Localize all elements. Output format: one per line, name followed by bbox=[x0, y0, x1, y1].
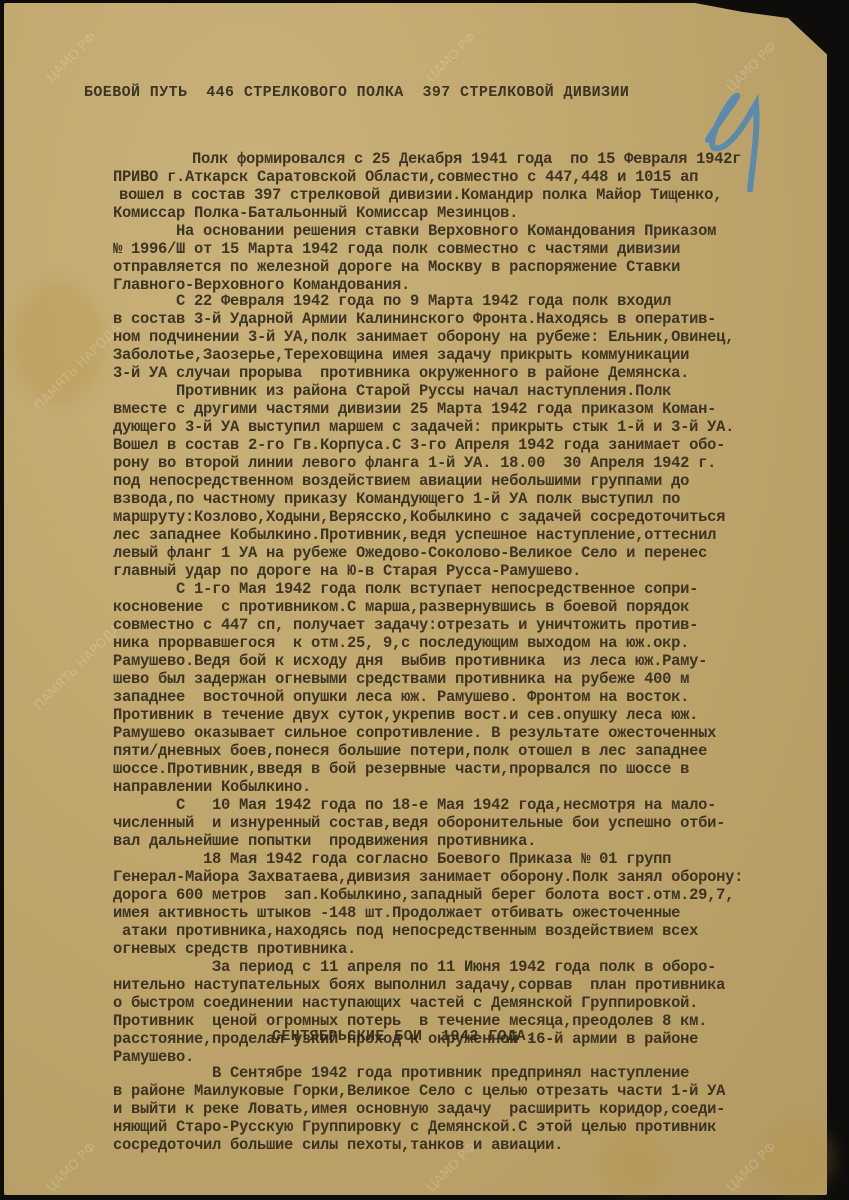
text-line: лес западнее Кобылкино.Противник,ведя ус… bbox=[113, 526, 716, 544]
text-line: ПРИВО г.Аткарск Саратовской Области,совм… bbox=[113, 168, 698, 186]
document-title: БОЕВОЙ ПУТЬ 446 СТРЕЛКОВОГО ПОЛКА 397 СТ… bbox=[84, 84, 629, 101]
text-line: рону во второй линии левого фланга 1-й У… bbox=[113, 454, 716, 472]
text-line: маршруту:Козлово,Ходыни,Верясско,Кобылки… bbox=[113, 508, 725, 526]
text-line: имея активность штыков -148 шт.Продолжае… bbox=[113, 904, 680, 922]
text-line: С 10 Мая 1942 года по 18-е Мая 1942 года… bbox=[113, 796, 716, 814]
text-line: нительно наступательных боях выполнил за… bbox=[113, 976, 725, 994]
text-line: Комиссар Полка-Батальонный Комиссар Мези… bbox=[113, 204, 518, 222]
text-line: ном подчинении 3-й УА,полк занимает обор… bbox=[113, 328, 734, 346]
text-line: западнее восточной опушки леса юж. Рамуш… bbox=[113, 688, 689, 706]
text-line: 18 Мая 1942 года согласно Боевого Приказ… bbox=[113, 850, 671, 868]
stain bbox=[764, 1123, 834, 1193]
text-line: вал дальнейшие попытки продвижения проти… bbox=[113, 832, 536, 850]
text-line: Рамушево.Ведя бой к исходу дня выбив про… bbox=[113, 652, 707, 670]
text-line: 3-й УА случаи прорыва противника окружен… bbox=[113, 364, 689, 382]
text-line: косновение с противником.С марша,разверн… bbox=[113, 598, 689, 616]
text-line: под непосредственном воздействием авиаци… bbox=[113, 472, 689, 490]
text-line: Противник из района Старой Руссы начал н… bbox=[113, 382, 671, 400]
text-line: о быстром соединении наступающих частей … bbox=[113, 994, 698, 1012]
text-line: № 1996/Ш от 15 Марта 1942 года полк совм… bbox=[113, 240, 680, 258]
text-line: отправляется по железной дороге на Москв… bbox=[113, 258, 680, 276]
text-line: Противник в течение двух суток,укрепив в… bbox=[113, 706, 698, 724]
text-line: пяти/дневных боев,понеся большие потери,… bbox=[113, 742, 707, 760]
text-line: вошел в состав 397 стрелковой дивизии.Ко… bbox=[110, 186, 722, 204]
text-line: сосредоточил большие силы пехоты,танков … bbox=[113, 1136, 563, 1154]
text-line: в состав 3-й Ударной Армии Калининского … bbox=[113, 310, 716, 328]
text-line: огневых средств противника. bbox=[113, 940, 356, 958]
text-line: С 22 Февраля 1942 года по 9 Марта 1942 г… bbox=[113, 292, 671, 310]
text-line: в районе Маилуковые Горки,Великое Село с… bbox=[113, 1082, 725, 1100]
text-line: За период с 11 апреля по 11 Июня 1942 го… bbox=[113, 958, 716, 976]
handwritten-page-number-icon bbox=[698, 82, 788, 192]
text-line: Полк формировался с 25 Декабря 1941 года… bbox=[120, 150, 741, 168]
text-line: численный и изнуренный состав,ведя оборо… bbox=[113, 814, 725, 832]
text-line: Вошел в состав 2-го Гв.Корпуса.С 3-го Ап… bbox=[113, 436, 725, 454]
section-heading: СЕНТЯБРЬСКИЕ БОИ 1942 ГОДА. bbox=[272, 1028, 535, 1045]
text-line: Рамушево оказывает сильное сопротивление… bbox=[113, 724, 716, 742]
text-line: атаки противника,находясь под непосредст… bbox=[113, 922, 698, 940]
text-line: шево был задержан огневыми средствами пр… bbox=[113, 670, 689, 688]
text-line: В Сентябре 1942 года противник предприня… bbox=[113, 1064, 689, 1082]
text-line: Генерал-Майора Захватаева,дивизия занима… bbox=[113, 868, 743, 886]
text-line: ника прорвавшегося к отм.25, 9,с последу… bbox=[113, 634, 689, 652]
text-line: На основании решения ставки Верховного К… bbox=[113, 222, 716, 240]
text-line: и выйти к реке Ловать,имея основную зада… bbox=[113, 1100, 725, 1118]
text-line: главный удар по дороге на Ю-в Старая Рус… bbox=[113, 562, 581, 580]
text-line: вместе с другими частями дивизии 25 Март… bbox=[113, 400, 716, 418]
stain bbox=[604, 1133, 664, 1193]
text-line: дорога 600 метров зап.Кобылкино,западный… bbox=[113, 886, 734, 904]
text-line: шоссе.Противник,введя в бой резервные ча… bbox=[113, 760, 689, 778]
text-line: Заболотье,Заозерье,Тереховщина имея зада… bbox=[113, 346, 689, 364]
text-line: взвода,по частному приказу Командующего … bbox=[113, 490, 680, 508]
text-line: совместно с 447 сп, получает задачу:отре… bbox=[113, 616, 698, 634]
text-line: направлении Кобылкино. bbox=[113, 778, 311, 796]
text-line: С 1-го Мая 1942 года полк вступает непос… bbox=[113, 580, 698, 598]
text-line: дующего 3-й УА выступил маршем с задачей… bbox=[113, 418, 734, 436]
text-line: няющий Старо-Русскую Группировку с Демян… bbox=[113, 1118, 716, 1136]
text-line: левый фланг 1 УА на рубеже Ожедово-Сокол… bbox=[113, 544, 707, 562]
